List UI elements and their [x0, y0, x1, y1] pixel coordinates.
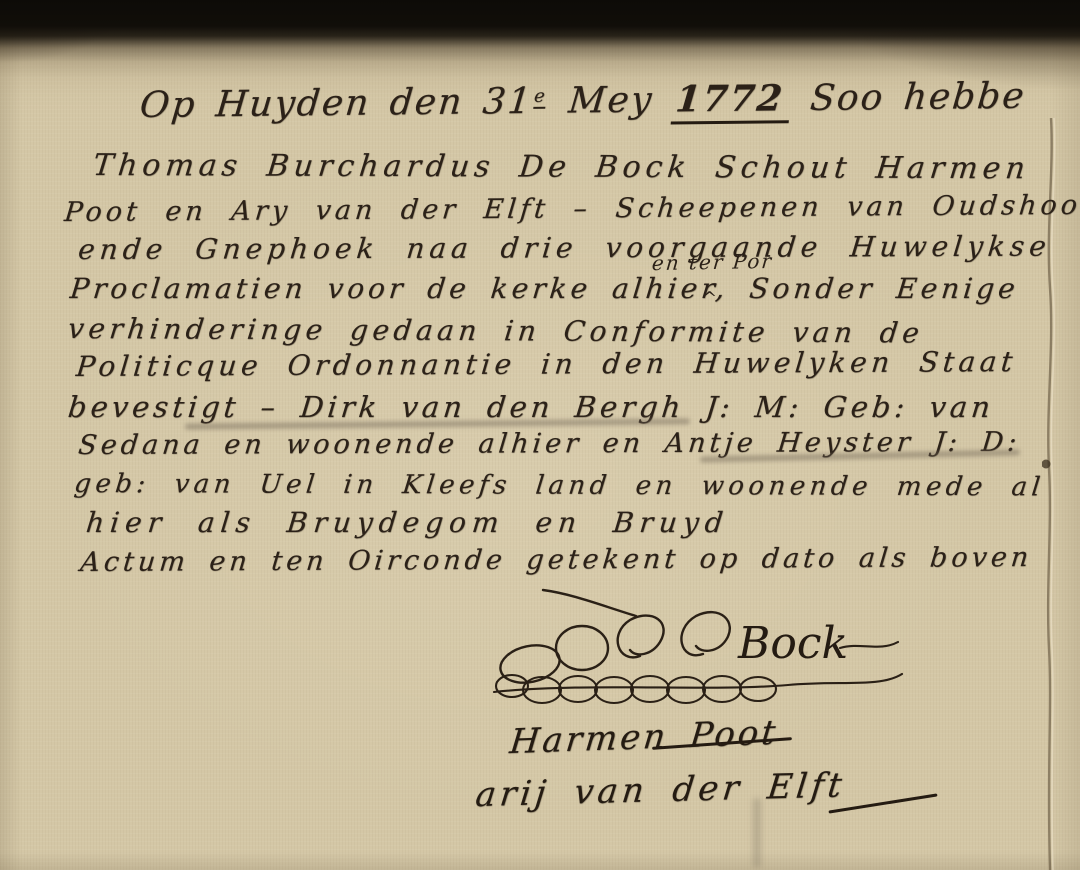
manuscript-line-actum: Actum en ten Oirconde getekent op dato a…	[79, 542, 1034, 578]
bock-flourish-signature: Bock	[488, 586, 908, 718]
date-suffix: Soo hebbe	[808, 76, 1027, 119]
date-ordinal-superscript: e	[533, 86, 548, 109]
manuscript-line-hindrance: verhinderinge gedaan in Conformite van d…	[66, 312, 925, 349]
date-year-underlined: 1772	[670, 77, 793, 124]
manuscript-line-proclamations-1: ende Gnephoek naa drie voorgaande Huwely…	[77, 230, 1053, 266]
manuscript-line-ordinance: Politicque Ordonnantie in den Huwelyken …	[75, 345, 1019, 383]
manuscript-line-origin: geb: van Uel in Kleefs land en woonende …	[73, 469, 1046, 502]
manuscript-line-bruydegom: hier als Bruydegom en Bruyd	[85, 506, 731, 539]
date-month: Mey	[567, 80, 655, 122]
elft-signature-flourish	[828, 793, 937, 813]
manuscript-line-officials-1: Thomas Burchardus De Bock Schout Harmen	[91, 148, 1031, 186]
manuscript-line-date: Op Huyden den 31e Mey 1772 Soo hebbe	[138, 75, 1028, 126]
faint-paper-stain	[753, 798, 761, 868]
proclamation-after: Sonder Eenige	[748, 272, 1021, 305]
manuscript-line-groom-name: bevestigt – Dirk van den Bergh J: M: Geb…	[66, 390, 995, 424]
insertion-caret-mark: ^	[702, 288, 717, 309]
date-prefix: Op Huyden den 31	[138, 81, 535, 126]
manuscript-line-officials-2: Poot en Ary van der Elft – Scheepenen va…	[63, 190, 1080, 228]
interlinear-insertion-text: en ter Por	[651, 249, 774, 275]
manuscript-page: Op Huyden den 31e Mey 1772 Soo hebbe Tho…	[0, 0, 1080, 870]
proclamation-before: Proclamatien voor de kerke alhier,	[69, 272, 731, 305]
manuscript-line-proclamations-2: Proclamatien voor de kerke alhier, Sonde…	[69, 272, 1021, 305]
poot-signature: Harmen Poot	[508, 713, 780, 763]
elft-signature: arij van der Elft	[473, 765, 847, 815]
bock-signature-name: Bock	[737, 618, 848, 669]
